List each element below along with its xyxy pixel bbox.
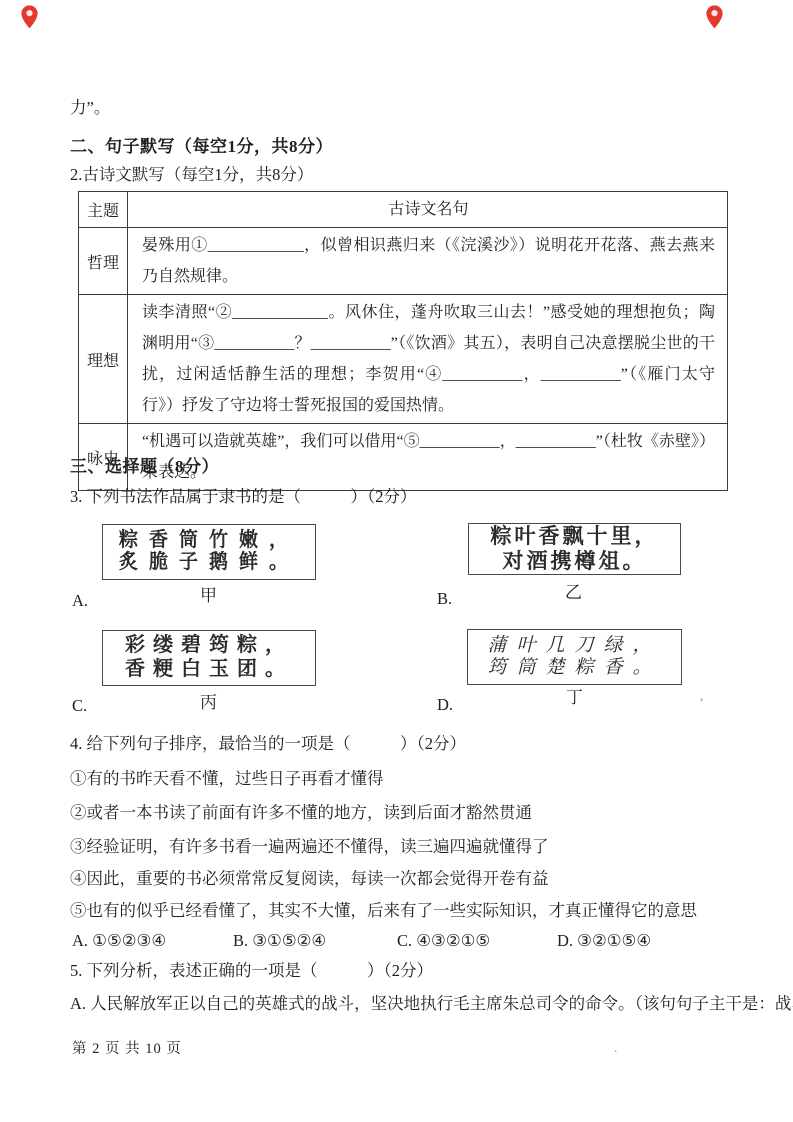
option-letter-b: B. bbox=[437, 589, 452, 609]
table-header-row: 主题 古诗文名句 bbox=[79, 192, 728, 228]
row-theme-zheli: 哲理 bbox=[79, 228, 128, 295]
calligraphy-jia-line1: 粽香筒竹嫩， bbox=[119, 529, 299, 553]
question-2-intro: 2.古诗文默写（每空1分，共8分） bbox=[70, 164, 313, 185]
poetry-recitation-table: 主题 古诗文名句 哲理 晏殊用①____________，似曾相识燕归来（《浣溪… bbox=[78, 191, 728, 491]
calligraphy-bing-line1: 彩缕碧筠粽， bbox=[125, 634, 293, 658]
calligraphy-yi-line2: 对酒携樽俎。 bbox=[503, 549, 647, 574]
calligraphy-image-ding: 蒲叶几刀绿， 筠筒楚粽香。 bbox=[467, 629, 682, 685]
carryover-text: 力”。 bbox=[70, 97, 110, 118]
row-content-lixiang: 读李清照“②____________。风休住，蓬舟吹取三山去！”感受她的理想抱负… bbox=[128, 295, 728, 424]
calligraphy-jia-line2: 炙脆子鹅鲜。 bbox=[119, 551, 299, 575]
option-letter-d: D. bbox=[437, 695, 453, 715]
caption-jia: 甲 bbox=[200, 581, 217, 606]
row-content-zheli: 晏殊用①____________，似曾相识燕归来（《浣溪沙》）说明花开花落、燕去… bbox=[128, 228, 728, 295]
section-3-heading: 三、选择题（8分） bbox=[70, 452, 219, 477]
calligraphy-bing-line2: 香粳白玉团。 bbox=[125, 658, 293, 682]
calligraphy-image-yi: 粽叶香飘十里， 对酒携樽俎。 bbox=[468, 523, 681, 575]
caption-ding: 丁 bbox=[566, 683, 583, 708]
question-4-stem: 4. 给下列句子排序，最恰当的一项是（ ）（2分） bbox=[70, 733, 466, 754]
calligraphy-image-bing: 彩缕碧筠粽， 香粳白玉团。 bbox=[102, 630, 316, 686]
pushpin-icon-left bbox=[21, 5, 38, 29]
table-header-content: 古诗文名句 bbox=[128, 192, 728, 228]
question-5-stem: 5. 下列分析，表述正确的一项是（ ）（2分） bbox=[70, 960, 433, 981]
stray-mark: , bbox=[700, 688, 703, 704]
row-theme-lixiang: 理想 bbox=[79, 295, 128, 424]
q4-sentence-3: ③经验证明，有许多书看一遍两遍还不懂得，读三遍四遍就懂得了 bbox=[70, 836, 549, 857]
calligraphy-image-jia: 粽香筒竹嫩， 炙脆子鹅鲜。 bbox=[102, 524, 316, 580]
q4-sentence-1: ①有的书昨天看不懂，过些日子再看才懂得 bbox=[70, 768, 384, 789]
q5-option-a: A. 人民解放军正以自己的英雄式的战斗，坚决地执行毛主席朱总司令的命令。（该句句… bbox=[70, 993, 793, 1014]
table-header-theme: 主题 bbox=[79, 192, 128, 228]
section-2-heading: 二、句子默写（每空1分，共8分） bbox=[70, 132, 333, 157]
exam-page: { "accent": {"pin_color": "#e23b2e"}, "p… bbox=[0, 0, 793, 1122]
caption-yi: 乙 bbox=[565, 578, 582, 603]
calligraphy-ding-line2: 筠筒楚粽香。 bbox=[487, 657, 661, 679]
pushpin-icon-right bbox=[706, 5, 723, 29]
page-number-footer: 第 2 页 共 10 页 bbox=[72, 1037, 182, 1058]
q4-option-b: B. ③①⑤②④ bbox=[233, 930, 326, 951]
table-row: 哲理 晏殊用①____________，似曾相识燕归来（《浣溪沙》）说明花开花落… bbox=[79, 228, 728, 295]
q4-option-d: D. ③②①⑤④ bbox=[557, 930, 651, 951]
option-letter-a: A. bbox=[72, 591, 88, 611]
q4-sentence-5: ⑤也有的似乎已经看懂了，其实不大懂，后来有了一些实际知识，才真正懂得它的意思 bbox=[70, 900, 697, 921]
caption-bing: 丙 bbox=[200, 688, 217, 713]
q4-option-a: A. ①⑤②③④ bbox=[72, 930, 166, 951]
q4-sentence-4: ④因此，重要的书必须常常反复阅读，每读一次都会觉得开卷有益 bbox=[70, 868, 549, 889]
q4-sentence-2: ②或者一本书读了前面有许多不懂的地方，读到后面才豁然贯通 bbox=[70, 802, 532, 823]
table-row: 理想 读李清照“②____________。风休住，蓬舟吹取三山去！”感受她的理… bbox=[79, 295, 728, 424]
footer-stray-dot: . bbox=[614, 1040, 617, 1056]
calligraphy-ding-line1: 蒲叶几刀绿， bbox=[487, 635, 661, 657]
calligraphy-yi-line1: 粽叶香飘十里， bbox=[491, 524, 659, 549]
option-letter-c: C. bbox=[72, 696, 87, 716]
q4-option-c: C. ④③②①⑤ bbox=[397, 930, 490, 951]
question-3-stem: 3. 下列书法作品属于隶书的是（ ）（2分） bbox=[70, 486, 417, 507]
